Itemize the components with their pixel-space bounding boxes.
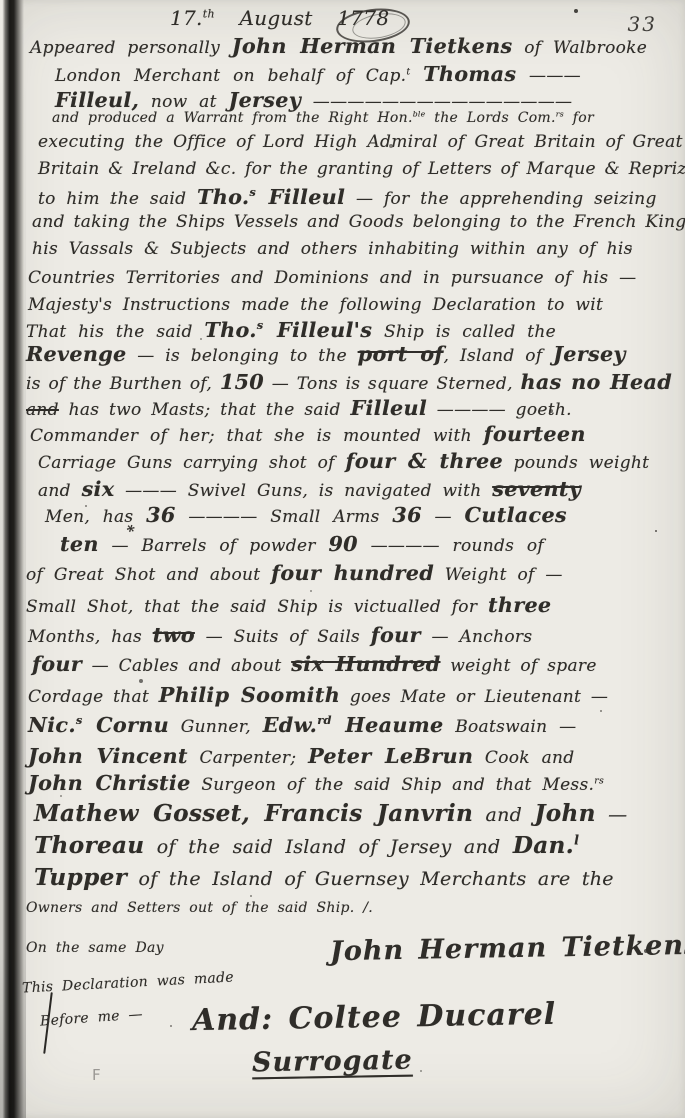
manuscript-line: Britain & Ireland &c. for the granting o… (38, 159, 685, 179)
page-number: 33 (628, 12, 657, 36)
manuscript-line: of Great Shot and about four hundred Wei… (26, 561, 563, 585)
manuscript-line: Tupper of the Island of Guernsey Merchan… (34, 864, 614, 891)
date-heading: 17.th August 1778 (170, 6, 389, 30)
manuscript-line: Appeared personally John Herman Tietkens… (30, 34, 647, 58)
manuscript-line: and six ——— Swivel Guns, is navigated wi… (38, 477, 581, 501)
manuscript-line: Small Shot, that the said Ship is victua… (26, 593, 551, 617)
manuscript-line: Countries Territories and Dominions and … (28, 268, 636, 288)
binding-shadow (0, 0, 26, 1118)
signature-deponent: John Herman Tietkens (330, 930, 685, 967)
manuscript-line: John Vincent Carpenter; Peter LeBrun Coo… (28, 744, 574, 768)
manuscript-line: Before me — (40, 1006, 144, 1029)
manuscript-line: Carriage Guns carrying shot of four & th… (38, 449, 649, 473)
surrogate-title: Surrogate (252, 1045, 413, 1079)
manuscript-line: Majesty's Instructions made the followin… (28, 295, 603, 315)
manuscript-line: executing the Office of Lord High Admira… (38, 132, 683, 152)
manuscript-line: Cordage that Philip Soomith goes Mate or… (28, 683, 608, 707)
manuscript-page: 33 17.th August 1778Appeared personally … (0, 0, 685, 1118)
manuscript-line: That his the said Tho.s Filleul's Ship i… (26, 318, 556, 342)
manuscript-line: ten — Barrels of powder 90 ———— rounds o… (60, 532, 544, 556)
manuscript-line: John Christie Surgeon of the said Ship a… (28, 771, 604, 795)
manuscript-line: four — Cables and about six Hundred weig… (32, 652, 597, 676)
manuscript-line: to him the said Tho.s Filleul — for the … (38, 185, 657, 209)
manuscript-line: Nic.s Cornu Gunner, Edw.rd Heaume Boatsw… (28, 713, 576, 737)
manuscript-line: London Merchant on behalf of Cap.t Thoma… (55, 62, 581, 86)
manuscript-line: is of the Burthen of, 150 — Tons is squa… (26, 370, 672, 394)
manuscript-line: Revenge — is belonging to the port of, I… (26, 342, 626, 366)
manuscript-line: Men, has 36 ———— Small Arms 36 — Cutlace… (45, 503, 567, 527)
manuscript-line: and produced a Warrant from the Right Ho… (52, 110, 594, 126)
manuscript-line: On the same Day (26, 940, 164, 956)
manuscript-line: Thoreau of the said Island of Jersey and… (34, 832, 579, 859)
signature-surrogate: And: Coltee Ducarel (192, 997, 557, 1038)
manuscript-line: Months, has two — Suits of Sails four — … (28, 623, 532, 647)
manuscript-line: Owners and Setters out of the said Ship.… (26, 900, 373, 916)
manuscript-line: Filleul, now at Jersey ——————————————— (55, 88, 572, 112)
manuscript-line: and taking the Ships Vessels and Goods b… (32, 212, 685, 232)
pencil-annotation: F (92, 1066, 101, 1084)
manuscript-line: his Vassals & Subjects and others inhabi… (32, 239, 633, 259)
manuscript-line: Commander of her; that she is mounted wi… (30, 422, 586, 446)
manuscript-line: This Declaration was made (22, 969, 235, 996)
manuscript-line: Mathew Gosset, Francis Janvrin and John … (34, 800, 627, 827)
manuscript-line: and has two Masts; that the said Filleul… (26, 396, 572, 420)
